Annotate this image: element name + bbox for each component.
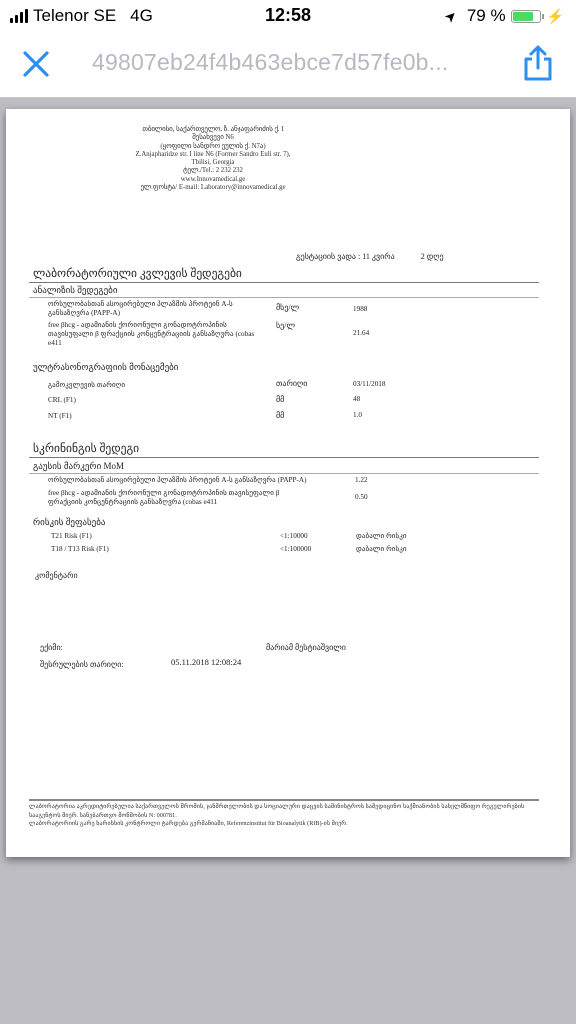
doctor-name: მარიამ მესტიაშვილი <box>266 643 346 652</box>
lab-address: თბილისი, საქართველო, ზ. ანჯაფარიძის ქ. I… <box>6 126 420 192</box>
gestation-age: გესტაციის ვადა : 11 კვირა 2 დღე <box>296 252 444 261</box>
execution-date: 05.11.2018 12:08:24 <box>171 658 241 667</box>
address-line: ელ.ფოსტა/ E-mail: Laboratory@innovamedic… <box>6 184 420 192</box>
mom-row-name: free βhcg - ადამიანის ქორიონული გონადოტრ… <box>48 489 306 507</box>
divider <box>29 282 539 283</box>
navigation-bar: 49807eb24f4b463ebce7d57fe0b... <box>0 34 576 98</box>
address-line: (ყოფილი სანდრო ეულის ქ. N7ა) <box>6 143 420 151</box>
battery-tip <box>542 14 544 19</box>
doctor-label: ექიმი: <box>40 643 63 652</box>
address-line: შესახვევი N6 <box>6 134 420 142</box>
pdf-page: თბილისი, საქართველო, ზ. ანჯაფარიძის ქ. I… <box>6 109 570 857</box>
address-line: www.Innovamedical.ge <box>6 176 420 184</box>
charging-icon: ⚡ <box>547 8 564 25</box>
us-row-value: 03/11/2018 <box>353 380 385 389</box>
risk-row-assessment: დაბალი რისკი <box>356 532 407 541</box>
lab-results-title: ლაბორატორიული კვლევის შედეგები <box>33 266 242 280</box>
document-title: 49807eb24f4b463ebce7d57fe0b... <box>92 49 448 76</box>
address-line: Tbilisi, Georgia <box>6 159 420 167</box>
mom-row-value: 1.22 <box>355 476 368 485</box>
us-row-unit: მმ <box>276 395 284 404</box>
footer-line: ლაბორატორია აკრედიტირებულია საქართველოს … <box>29 803 539 820</box>
us-row-unit: თარიღი <box>276 379 307 388</box>
us-row-name: NT (F1) <box>48 412 72 421</box>
address-line: Z.Anjapharidze str. I line N6 (Former Sa… <box>6 151 420 159</box>
mom-row-value: 0.50 <box>355 493 368 502</box>
us-row-unit: მმ <box>276 411 284 420</box>
risk-row-name: T18 / T13 Risk (F1) <box>51 545 109 554</box>
us-row-name: CRL (F1) <box>48 396 76 405</box>
analysis-results-subtitle: ანალიზის შედეგები <box>33 285 117 296</box>
lab-row-unit: სე/ლ <box>276 321 295 330</box>
lab-row-name: ორსულობასთან ასოცირებული პლაზმის პროტეინ… <box>48 300 263 318</box>
share-button[interactable] <box>522 44 554 82</box>
battery-percent: 79 % <box>467 6 506 26</box>
us-row-value: 48 <box>353 395 360 404</box>
risk-row-value: <1:10000 <box>280 532 308 541</box>
status-bar: Telenor SE 4G 12:58 ➤ 79 % ⚡ <box>0 0 576 34</box>
battery-icon <box>511 10 541 23</box>
lab-row-value: 1988 <box>353 305 367 314</box>
gestation-days: 2 დღე <box>421 252 444 261</box>
ultrasound-title: ულტრასონოგრაფიის მონაცემები <box>33 362 178 373</box>
status-right: ➤ 79 % ⚡ <box>445 6 564 26</box>
divider <box>29 297 539 298</box>
lab-row-name: free βhcg - ადამიანის ქორიონული გონადოტრ… <box>48 321 263 348</box>
mom-row-name: ორსულობასთან ასოცირებული პლაზმის პროტეინ… <box>48 476 348 485</box>
us-row-value: 1.0 <box>353 411 362 420</box>
divider <box>29 473 539 474</box>
mom-title: გაუსის მარკერი MoM <box>33 461 124 472</box>
date-label: შესრულების თარიღი: <box>40 660 124 669</box>
footer-line: ლაბორატორიის გარე ხარისხის კონტროლი ტარდ… <box>29 820 539 829</box>
close-button[interactable] <box>20 48 52 80</box>
risk-title: რისკის შეფასება <box>33 517 105 528</box>
footer-text: ლაბორატორია აკრედიტირებულია საქართველოს … <box>29 803 539 829</box>
address-line: ტელ./Tel.: 2 232 232 <box>6 167 420 175</box>
lab-row-unit: მსე/ლ <box>276 303 299 312</box>
screening-title: სკრინინგის შედეგი <box>33 441 139 455</box>
share-icon <box>522 44 554 82</box>
divider <box>29 457 539 458</box>
risk-row-assessment: დაბალი რისკი <box>356 545 407 554</box>
lab-row-value: 21.64 <box>353 329 369 338</box>
risk-row-value: <1:100000 <box>280 545 311 554</box>
footer-divider <box>29 799 539 801</box>
comment-label: კომენტარი <box>35 571 78 580</box>
us-row-name: გამოკვლევის თარიღი <box>48 381 125 390</box>
gestation-weeks: 11 კვირა <box>362 252 394 261</box>
gestation-label: გესტაციის ვადა : <box>296 252 360 261</box>
risk-row-name: T21 Risk (F1) <box>51 532 92 541</box>
close-icon <box>20 48 52 80</box>
